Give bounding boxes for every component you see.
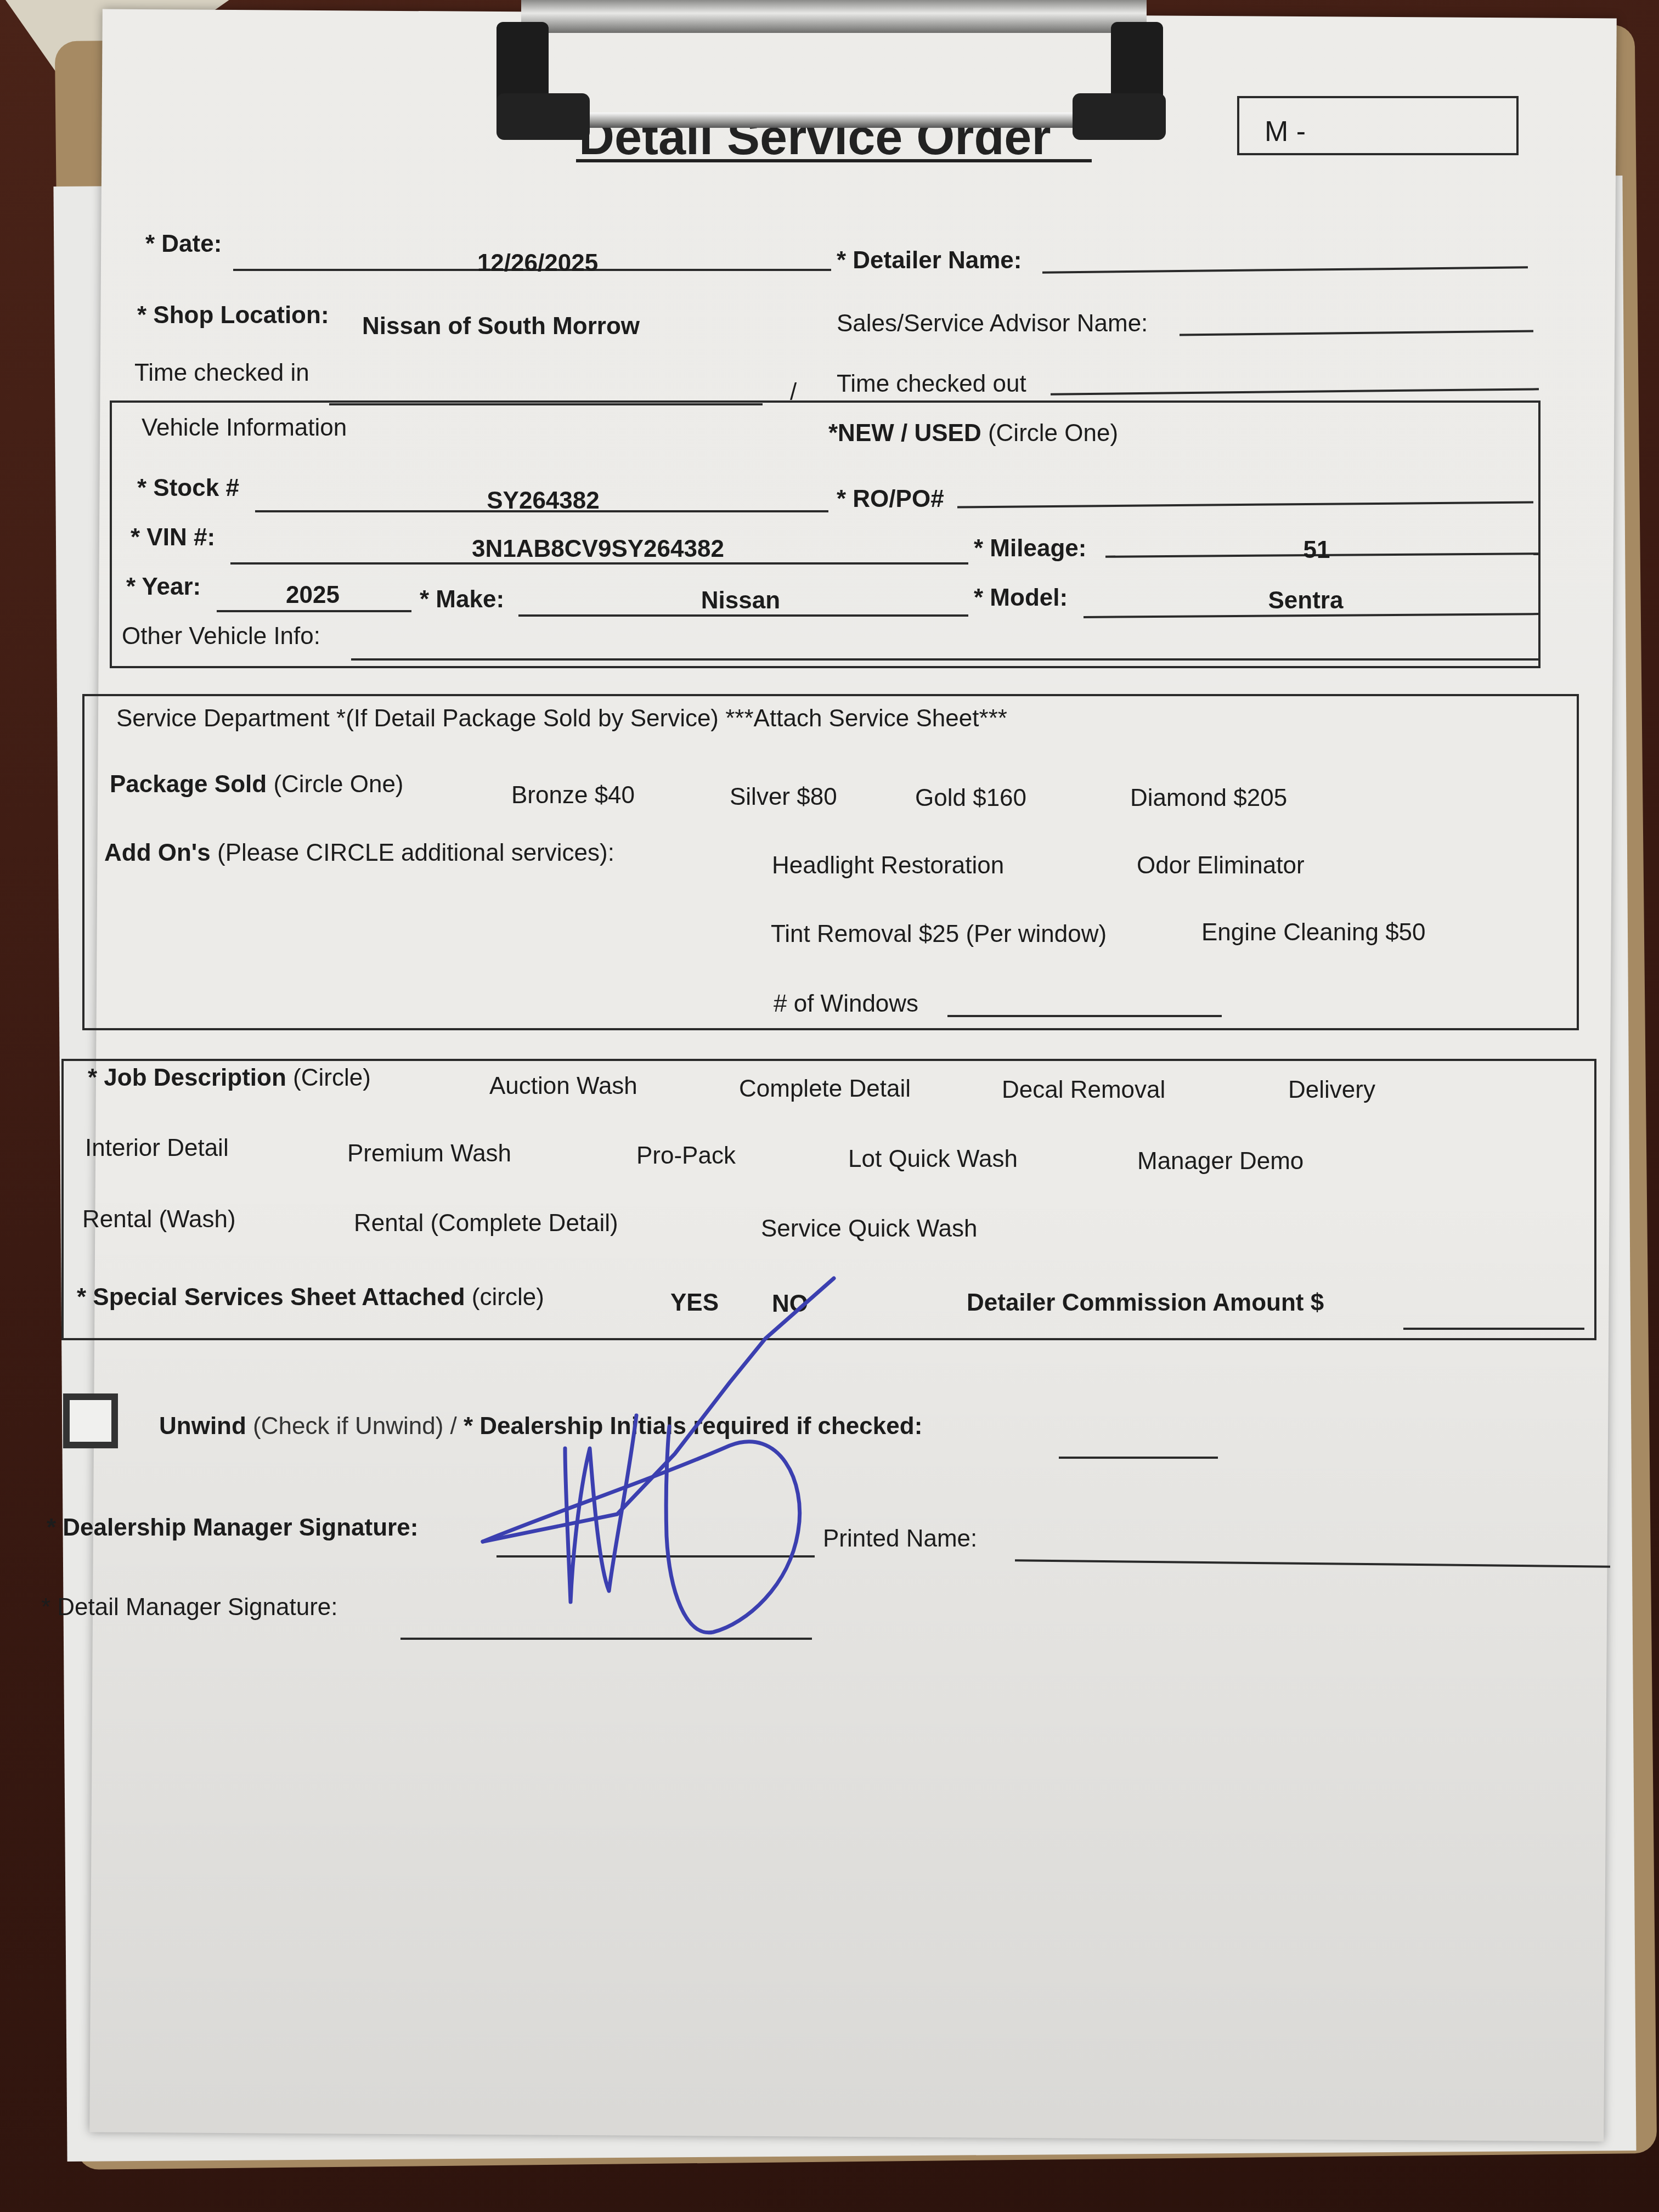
time-checked-out-label: Time checked out [837, 370, 1026, 398]
addon-odor-eliminator[interactable]: Odor Eliminator [1137, 852, 1305, 879]
mileage-value: 51 [1262, 537, 1372, 564]
model-label: * Model: [974, 584, 1068, 612]
stock-label: * Stock # [137, 475, 239, 502]
job-option-auction-wash[interactable]: Auction Wash [489, 1073, 637, 1100]
make-label: * Make: [420, 586, 504, 613]
shop-location-value: Nissan of South Morrow [362, 313, 640, 340]
ro-po-label: * RO/PO# [837, 486, 944, 513]
commission-amount-label: Detailer Commission Amount $ [967, 1289, 1324, 1317]
dealership-initials-field[interactable] [1059, 1457, 1218, 1459]
special-sheet-no-option[interactable]: NO [772, 1290, 808, 1318]
add-ons-label-text: Add On's [104, 839, 211, 866]
vin-value: 3N1AB8CV9SY264382 [439, 535, 757, 563]
job-description-hint: (Circle) [293, 1064, 371, 1091]
dealership-manager-signature-field[interactable] [496, 1555, 815, 1558]
addon-tint-removal[interactable]: Tint Removal $25 (Per window) [771, 921, 1107, 948]
job-option-manager-demo[interactable]: Manager Demo [1137, 1148, 1304, 1175]
new-used-label: *NEW / USED (Circle One) [828, 420, 1118, 447]
year-value: 2025 [263, 582, 362, 609]
vehicle-information-heading: Vehicle Information [142, 414, 347, 442]
other-vehicle-info-field[interactable] [351, 658, 1539, 661]
job-option-delivery[interactable]: Delivery [1288, 1076, 1375, 1104]
order-number-prefix: M - [1265, 115, 1306, 148]
job-option-lot-quick-wash[interactable]: Lot Quick Wash [848, 1145, 1018, 1173]
shop-location-label: * Shop Location: [137, 302, 329, 329]
printed-name-label: Printed Name: [823, 1525, 977, 1553]
job-option-service-quick-wash[interactable]: Service Quick Wash [761, 1215, 977, 1243]
job-option-decal-removal[interactable]: Decal Removal [1002, 1076, 1165, 1104]
job-option-pro-pack[interactable]: Pro-Pack [636, 1142, 736, 1170]
unwind-label: Unwind (Check if Unwind) / * Dealership … [159, 1413, 922, 1440]
clip-foot-left [496, 93, 590, 140]
other-vehicle-info-label: Other Vehicle Info: [122, 623, 320, 650]
dealership-manager-signature-label: * Dealership Manager Signature: [47, 1514, 418, 1542]
time-checked-in-label: Time checked in [134, 359, 309, 387]
special-services-sheet-label-text: * Special Services Sheet Attached [77, 1284, 465, 1311]
addon-headlight-restoration[interactable]: Headlight Restoration [772, 852, 1004, 879]
detail-manager-signature-label: * Detail Manager Signature: [41, 1594, 338, 1621]
make-field[interactable] [518, 614, 968, 617]
package-sold-hint: (Circle One) [273, 771, 403, 798]
job-description-label-text: * Job Description [88, 1064, 286, 1091]
job-option-complete-detail[interactable]: Complete Detail [739, 1075, 911, 1103]
job-option-rental-complete-detail[interactable]: Rental (Complete Detail) [354, 1210, 618, 1237]
add-ons-label: Add On's (Please CIRCLE additional servi… [104, 839, 614, 867]
make-value: Nissan [631, 587, 850, 614]
unwind-checkbox[interactable] [63, 1393, 118, 1448]
model-value: Sentra [1196, 587, 1415, 614]
new-used-options[interactable]: *NEW / USED [828, 420, 981, 447]
job-option-premium-wash[interactable]: Premium Wash [347, 1140, 511, 1167]
clip-foot-right [1073, 93, 1166, 140]
advisor-name-label: Sales/Service Advisor Name: [837, 310, 1148, 337]
special-sheet-yes-option[interactable]: YES [670, 1289, 719, 1317]
number-of-windows-label: # of Windows [774, 990, 918, 1018]
mileage-label: * Mileage: [974, 535, 1086, 562]
job-option-interior-detail[interactable]: Interior Detail [85, 1135, 229, 1162]
special-services-sheet-hint: (circle) [472, 1284, 544, 1311]
addon-engine-cleaning[interactable]: Engine Cleaning $50 [1201, 919, 1426, 946]
clipboard-clip-wire [549, 112, 1086, 128]
package-option-diamond[interactable]: Diamond $205 [1130, 785, 1287, 812]
clipboard-clip-bar [521, 0, 1147, 33]
special-services-sheet-label: * Special Services Sheet Attached (circl… [77, 1284, 544, 1311]
package-sold-label-text: Package Sold [110, 771, 267, 798]
package-option-silver[interactable]: Silver $80 [730, 783, 837, 811]
vin-label: * VIN #: [131, 524, 215, 551]
form-title-underline [576, 159, 1092, 162]
date-label: * Date: [145, 230, 222, 258]
year-label: * Year: [126, 573, 201, 601]
unwind-hint: (Check if Unwind) / [253, 1413, 457, 1440]
detailer-name-label: * Detailer Name: [837, 247, 1022, 274]
service-department-heading: Service Department *(If Detail Package S… [116, 705, 1007, 732]
job-description-label: * Job Description (Circle) [88, 1064, 371, 1092]
unwind-label-text: Unwind [159, 1413, 246, 1440]
package-option-gold[interactable]: Gold $160 [915, 785, 1026, 812]
new-used-hint: (Circle One) [988, 420, 1118, 447]
stock-value: SY264382 [433, 487, 653, 515]
package-option-bronze[interactable]: Bronze $40 [511, 782, 635, 809]
commission-amount-field[interactable] [1403, 1328, 1584, 1330]
job-option-rental-wash[interactable]: Rental (Wash) [82, 1206, 236, 1233]
package-sold-label: Package Sold (Circle One) [110, 771, 404, 798]
dealership-initials-label: * Dealership Initials required if checke… [464, 1413, 922, 1440]
detail-manager-signature-field[interactable] [400, 1638, 812, 1640]
year-field[interactable] [217, 610, 411, 612]
add-ons-hint: (Please CIRCLE additional services): [217, 839, 614, 866]
number-of-windows-field[interactable] [947, 1015, 1222, 1017]
date-value: 12/26/2025 [406, 250, 669, 277]
